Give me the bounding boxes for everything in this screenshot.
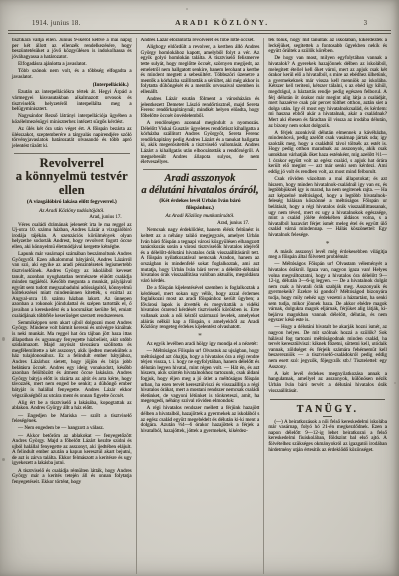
article-divider (14, 153, 130, 154)
paragraph: Ezután az interpellációkra tértek át. He… (12, 90, 132, 112)
article-title-line: a délutáni hivatalos óráról, (141, 185, 260, 197)
paragraph: De a főispán kijelentésével szemben is f… (141, 286, 260, 331)
subsection-label: (Interpellációk.) (12, 82, 129, 88)
section-dash (323, 416, 332, 417)
paragraph: Alighogy eldördült a revolver, a kertben… (141, 45, 260, 95)
letter-paragraph: A régi hivatalos rendszer mellett a férj… (141, 406, 260, 434)
paragraph: A két levél érdekes megnyilatkozása anna… (268, 372, 387, 394)
article-title-asszonyok: Aradi asszonyok a délutáni hivatalos órá… (141, 173, 260, 197)
scan-speck (186, 8, 188, 10)
column-right: ték tőlük, hogy mit tanultak az iskolába… (263, 38, 391, 574)
letter-paragraph: ték tőlük, hogy mit tanultak az iskolába… (268, 38, 387, 55)
article-title-line: Aradi asszonyok (141, 173, 260, 185)
article-title-revolver: Revolverrel a könnyelmü testvér ellen (12, 157, 132, 198)
paragraph: A másik asszonyi levél még érdekesebben … (268, 250, 387, 261)
paragraph: Semmiképpen sem akart ujból dolgozni mos… (12, 321, 132, 399)
paragraph: A rendőrségen azonnal megindult a nyomoz… (141, 121, 260, 166)
paragraph: Több szónok nem volt, és a többség elfog… (12, 69, 132, 80)
article-dateline: Arad, junius 17. (12, 215, 122, 220)
article-title-line: Revolverrel (12, 157, 132, 171)
paragraph: Andres Lázár ezután fölment a városházár… (141, 97, 260, 119)
letter-paragraph: — Hogy a délutáni hivatalt be akarják ho… (268, 325, 387, 370)
paragraph: A tisztviselő és családja rémülten láttá… (12, 469, 132, 486)
dialogue-line: — Engedjen be Mariska — szólt a tisztvis… (12, 414, 132, 425)
article-title-line: a könnyelmü testvér ellen (12, 170, 132, 198)
article-subtitle: (A vizsgálóbiró lakása előtt fegyverrel.… (18, 199, 126, 206)
letter-paragraph: Csak röviden vázoltam a mai állapotokat;… (268, 177, 387, 239)
masthead-title: ARADI KÖZLÖNY. (81, 18, 364, 27)
letter-paragraph: De hogy van most, milyen egyfolytában va… (268, 56, 387, 129)
letter-paragraph: — Méltóságos Főispán ur! Olvastam vélemé… (268, 262, 387, 324)
header-rule (8, 30, 391, 34)
newspaper-page: 1914. junius 18. ARADI KÖZLÖNY. 3 tiszti… (0, 0, 399, 576)
paragraph: Nagysándor Rezső látrányi interpellációj… (12, 114, 132, 125)
paragraph: Lapunk már vasárnapi számában beszámoltu… (12, 252, 132, 319)
paragraph: Véres családi drámának jelenetét irta le… (12, 223, 132, 251)
article-byline: Az Aradi Közlöny tudósitójától. (12, 208, 132, 214)
column-middle: Andres Lázár előrántotta revolverét és f… (136, 38, 264, 574)
article-subtitle: (Két érdekes levél Urbán Iván báró főisp… (147, 198, 254, 212)
article-dateline: Arad, junius 17. (141, 221, 250, 226)
dialogue-line: — Akkor betöröm az ablakokat — fenyegető… (12, 434, 132, 468)
star-separator: * (268, 241, 387, 247)
scan-speck (394, 382, 396, 384)
dialogue-line: — Nem engedem be — hangzott a válasz. (12, 426, 132, 432)
article-divider (143, 169, 258, 170)
scan-speck (2, 337, 5, 341)
paragraph: Elfogadásra ajánlotta a javaslatot. (12, 62, 132, 68)
paragraph: tisztikara vallja ellen. Junius 9-ikéről… (12, 38, 132, 60)
paragraph: Nemcsak nagy érdeklődést, hanem élénk fe… (141, 228, 260, 284)
masthead-page-number: 3 (364, 20, 367, 27)
column-left: tisztikara vallja ellen. Junius 9-ikéről… (8, 38, 136, 574)
letter-paragraph: — Méltóságos Főispán ur! Olvastuk az ujs… (141, 349, 260, 405)
columns: tisztikara vallja ellen. Junius 9-ikéről… (8, 38, 391, 574)
paragraph: Az ülés két óra után véget ért. A főispá… (12, 127, 132, 149)
section-title-tanugy: TANÜGY. (268, 404, 387, 415)
paragraph: Alig ért be a tisztviselő a lakásába, ko… (12, 401, 132, 412)
star-separator: * (141, 333, 260, 339)
masthead-date: 1914. junius 18. (32, 20, 81, 27)
paragraph: Andres Lázár előrántotta revolverét és f… (141, 38, 260, 44)
letter-paragraph: A férjek azonkivül délután elmennek a ká… (268, 131, 387, 176)
paragraph: Az egyik levélben aradi hölgy igy mondja… (141, 342, 260, 348)
scan-speck (2, 458, 5, 461)
masthead: 1914. junius 18. ARADI KÖZLÖNY. 3 (32, 18, 367, 27)
article-byline: Az Aradi Közlöny munkatársától. (141, 213, 260, 219)
paragraph: (—) A beiratkozások a női felső keresked… (268, 420, 387, 454)
section-divider (270, 399, 385, 400)
